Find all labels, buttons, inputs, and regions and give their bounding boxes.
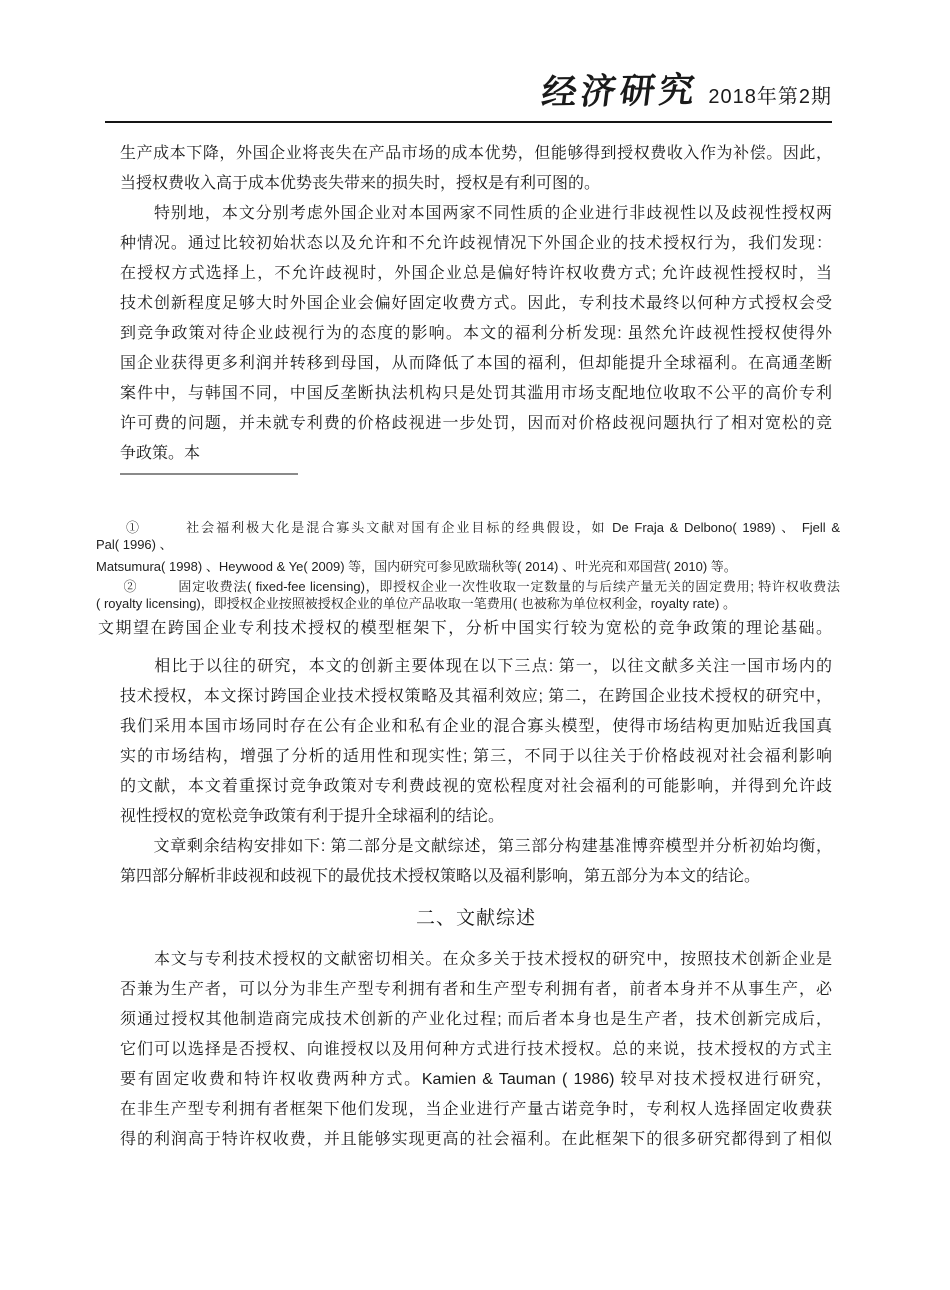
- article-content: 生产成本下降，外国企业将丧失在产品市场的成本优势，但能够得到授权费收入作为补偿。…: [120, 139, 832, 1155]
- text-line: 我们采用本国市场同时存在公有企业和私有企业的混合寡头模型，使得市场结构更加贴近我…: [120, 712, 832, 742]
- text-line: 本文与专利技术授权的文献密切相关。在众多关于技术授权的研究中，按照技术创新企业是: [120, 945, 832, 975]
- journal-header: 经济研究2018年第2期: [0, 0, 832, 119]
- paragraph-continuation: 文期望在跨国企业专利技术授权的模型框架下，分析中国实行较为宽松的竞争政策的理论基…: [98, 614, 832, 644]
- text-line: 文章剩余结构安排如下: 第二部分是文献综述，第三部分构建基准博弈模型并分析初始均…: [120, 832, 832, 862]
- text-line: 技术授权，本文探讨跨国企业技术授权策略及其福利效应; 第二，在跨国企业技术授权的…: [120, 682, 832, 712]
- text-line: 案件中，与韩国不同，中国反垄断执法机构只是处罚其滥用市场支配地位收取不公平的高价…: [120, 379, 832, 409]
- text-line: Matsumura( 1998) 、Heywood & Ye( 2009) 等，…: [96, 558, 840, 575]
- text-line: 它们可以选择是否授权、向谁授权以及用何种方式进行技术授权。总的来说，技术授权的方…: [120, 1035, 832, 1065]
- section-heading: 二、文献综述: [120, 904, 832, 934]
- text-line: 在授权方式选择上，不允许歧视时，外国企业总是偏好特许权收费方式; 允许歧视性授权…: [120, 259, 832, 289]
- text-line: 在非生产型专利拥有者框架下他们发现，当企业进行产量古诺竞争时，专利权人选择固定收…: [120, 1095, 832, 1125]
- text-line: ( royalty licensing)，即授权企业按照被授权企业的单位产品收取…: [96, 595, 840, 612]
- text-line: 争政策。本: [120, 439, 832, 469]
- footnote-separator: [120, 473, 298, 475]
- text-line: 种情况。通过比较初始状态以及允许和不允许歧视情况下外国企业的技术授权行为，我们发…: [120, 229, 832, 259]
- text-line: ① 社会福利极大化是混合寡头文献对国有企业目标的经典假设，如 De Fraja …: [96, 519, 840, 536]
- paragraph-literature: 本文与专利技术授权的文献密切相关。在众多关于技术授权的研究中，按照技术创新企业是…: [120, 945, 832, 1155]
- text-line: 须通过授权其他制造商完成技术创新的产业化过程; 而后者本身也是生产者，技术创新完…: [120, 1005, 832, 1035]
- text-line: 实的市场结构，增强了分析的适用性和现实性; 第三，不同于以往关于价格歧视对社会福…: [120, 742, 832, 772]
- footnote-2: ② 固定收费法( fixed-fee licensing)，即授权企业一次性收取…: [96, 578, 840, 612]
- text-line: 的文献，本文着重探讨竞争政策对专利费歧视的宽松程度对社会福利的可能影响，并得到允…: [120, 772, 832, 802]
- text-line: 文期望在跨国企业专利技术授权的模型框架下，分析中国实行较为宽松的竞争政策的理论基…: [98, 614, 832, 644]
- text-line: 第四部分解析非歧视和歧视下的最优技术授权策略以及福利影响，第五部分为本文的结论。: [120, 862, 832, 892]
- text-line: 国企业获得更多利润并转移到母国，从而降低了本国的福利，但却能提升全球福利。在高通…: [120, 349, 832, 379]
- paragraph-structure: 文章剩余结构安排如下: 第二部分是文献综述，第三部分构建基准博弈模型并分析初始均…: [120, 832, 832, 892]
- text-line: 到竞争政策对待企业歧视行为的态度的影响。本文的福利分析发现: 虽然允许歧视性授权…: [120, 319, 832, 349]
- document-page: 经济研究2018年第2期 生产成本下降，外国企业将丧失在产品市场的成本优势，但能…: [0, 0, 950, 1290]
- footnote-1: ① 社会福利极大化是混合寡头文献对国有企业目标的经典假设，如 De Fraja …: [96, 519, 840, 553]
- text-line: 要有固定收费和特许权收费两种方式。Kamien & Tauman ( 1986)…: [120, 1065, 832, 1095]
- text-line: 当授权费收入高于成本优势丧失带来的损失时，授权是有利可图的。: [120, 169, 832, 199]
- text-line: 特别地，本文分别考虑外国企业对本国两家不同性质的企业进行非歧视性以及歧视性授权两: [120, 199, 832, 229]
- paragraph-intro: 特别地，本文分别考虑外国企业对本国两家不同性质的企业进行非歧视性以及歧视性授权两…: [120, 199, 832, 469]
- text-line: 视性授权的宽松竞争政策有利于提升全球福利的结论。: [120, 802, 832, 832]
- paragraph-opening: 生产成本下降，外国企业将丧失在产品市场的成本优势，但能够得到授权费收入作为补偿。…: [120, 139, 832, 199]
- text-line: ② 固定收费法( fixed-fee licensing)，即授权企业一次性收取…: [96, 578, 840, 595]
- text-line: 生产成本下降，外国企业将丧失在产品市场的成本优势，但能够得到授权费收入作为补偿。…: [120, 139, 832, 169]
- header-rule: [105, 121, 832, 123]
- text-line: 否兼为生产者，可以分为非生产型专利拥有者和生产型专利拥有者，前者本身并不从事生产…: [120, 975, 832, 1005]
- text-line: 技术创新程度足够大时外国企业会偏好固定收费方式。因此，专利技术最终以何种方式授权…: [120, 289, 832, 319]
- paragraph-contributions: 相比于以往的研究，本文的创新主要体现在以下三点: 第一，以往文献多关注一国市场内…: [120, 652, 832, 832]
- journal-logo: 经济研究: [540, 71, 701, 114]
- text-line: Pal( 1996) 、: [96, 536, 840, 553]
- footnote-1-continuation: Matsumura( 1998) 、Heywood & Ye( 2009) 等，…: [96, 558, 840, 575]
- text-line: 得的利润高于特许权收费，并且能够实现更高的社会福利。在此框架下的很多研究都得到了…: [120, 1125, 832, 1155]
- issue-label: 2018年第2期: [708, 86, 832, 108]
- text-line: 相比于以往的研究，本文的创新主要体现在以下三点: 第一，以往文献多关注一国市场内…: [120, 652, 832, 682]
- text-line: 许可费的问题，并未就专利费的价格歧视进一步处罚，因而对价格歧视问题执行了相对宽松…: [120, 409, 832, 439]
